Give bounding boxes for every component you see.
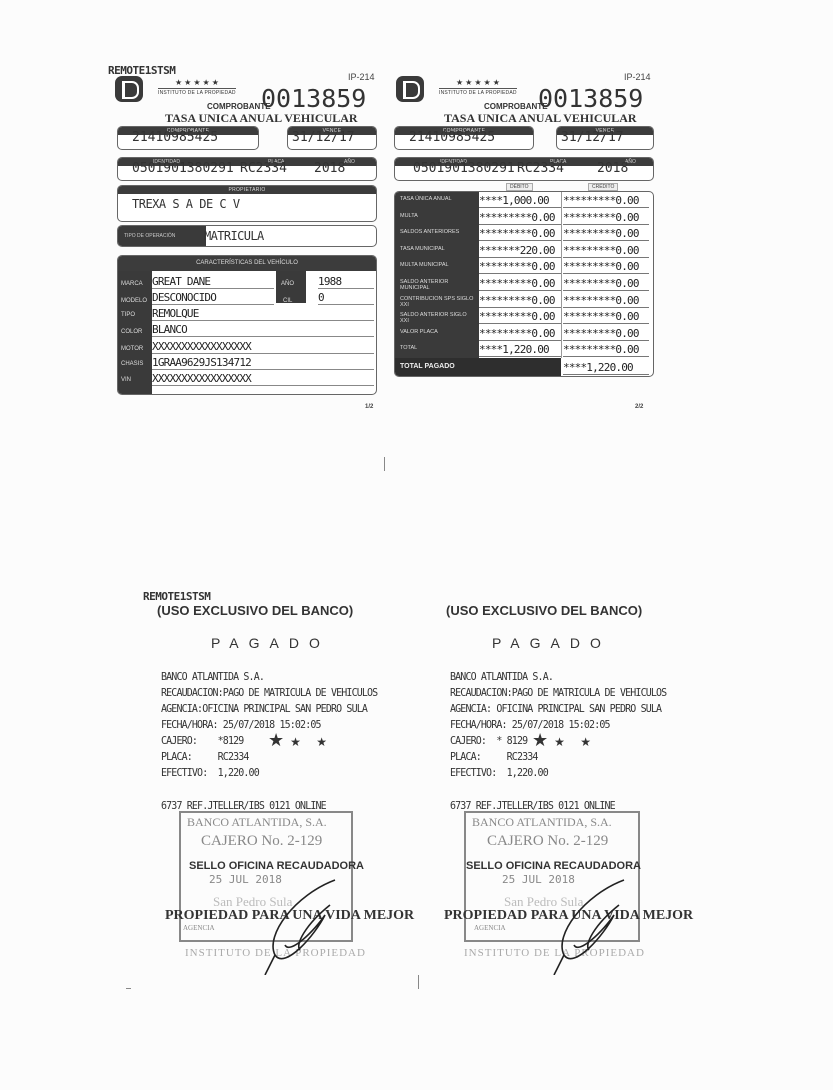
charge-credit: *********0.00	[563, 310, 649, 324]
charge-label: TOTAL	[395, 345, 477, 351]
chasis-value: 1GRAA9629JS134712	[152, 356, 374, 370]
vence-box: VENCE 31/12/17	[287, 126, 377, 150]
charge-credit: *********0.00	[563, 294, 649, 308]
owner-box: PROPIETARIO TREXA S A DE C V	[117, 185, 377, 222]
stamp-agencia: AGENCIA	[183, 924, 215, 932]
charges-table: TASA ÚNICA ANUAL****1,000.00*********0.0…	[394, 191, 654, 377]
charge-credit: *********0.00	[563, 277, 649, 291]
charge-debit: ****1,000.00	[479, 194, 561, 208]
motor-value: XXXXXXXXXXXXXXXXX	[152, 340, 374, 354]
charge-debit: *********0.00	[479, 227, 561, 241]
vence-box: VENCE 31/12/17	[556, 126, 654, 150]
page-number: 1/2	[365, 404, 373, 410]
stamp-cajero: CAJERO No. 2-129	[201, 833, 322, 850]
charge-credit: *********0.00	[563, 343, 649, 357]
anio-label: AÑO	[344, 159, 355, 165]
anio-vehiculo-label: AÑO	[281, 281, 294, 287]
modelo-label: MODELO	[121, 298, 147, 304]
marca-label: MARCA	[121, 281, 143, 287]
charge-debit: *********0.00	[479, 211, 561, 225]
vehicle-header: CARACTERÍSTICAS DEL VEHÍCULO	[118, 256, 376, 271]
agencia: AGENCIA:OFICINA PRINCIPAL SAN PEDRO SULA	[161, 703, 367, 715]
charge-credit: *********0.00	[563, 211, 649, 225]
operation-box: TIPO DE OPERACIÓN MATRICULA	[117, 225, 377, 247]
efectivo: EFECTIVO: 1,220.00	[450, 767, 548, 779]
charge-debit: ****1,220.00	[479, 343, 561, 357]
operation-value: MATRICULA	[204, 229, 264, 243]
charge-label: TASA ÚNICA ANUAL	[395, 196, 477, 202]
charge-credit: *********0.00	[563, 260, 649, 274]
charge-debit: *********0.00	[479, 294, 561, 308]
stamp-bank: BANCO ATLANTIDA, S.A.	[472, 815, 612, 830]
signature	[544, 875, 634, 975]
id-value: 0501901380291	[413, 161, 515, 176]
bank-name: BANCO ATLANTIDA S.A.	[450, 671, 553, 683]
institute-name: INSTITUTO DE LA PROPIEDAD	[439, 88, 517, 96]
institute-name: INSTITUTO DE LA PROPIEDAD	[158, 88, 236, 96]
stamp-bank: BANCO ATLANTIDA, S.A.	[187, 815, 327, 830]
signature	[255, 875, 345, 975]
charge-credit: *********0.00	[563, 244, 649, 258]
charge-label: SALDOS ANTERIORES	[395, 229, 477, 235]
debit-label: DÉBITO	[506, 183, 533, 191]
ip-logo-icon	[115, 76, 143, 102]
stamp-cajero: CAJERO No. 2-129	[487, 833, 608, 850]
system-id: REMOTE1STSM	[143, 590, 210, 603]
bank-use-header: (USO EXCLUSIVO DEL BANCO)	[446, 603, 642, 618]
id-value: 0501901380291	[132, 161, 234, 176]
charge-credit: *********0.00	[563, 194, 649, 208]
placa: PLACA: RC2334	[161, 751, 249, 763]
sello-label: SELLO OFICINA RECAUDADORA	[466, 860, 641, 872]
stars-icon: ★★ ★	[268, 730, 333, 751]
vin-value: XXXXXXXXXXXXXXXXX	[152, 372, 374, 386]
comprobante-value: 21410985425	[132, 130, 218, 145]
anio-value: 2018	[597, 161, 628, 176]
receipt-label: COMPROBANTE	[484, 102, 548, 111]
charge-label: VALOR PLACA	[395, 329, 477, 335]
motor-label: MOTOR	[121, 346, 143, 352]
bank-use-header: (USO EXCLUSIVO DEL BANCO)	[157, 603, 353, 618]
scan-mark	[126, 988, 131, 989]
modelo-value: DESCONOCIDO	[152, 291, 274, 305]
charge-label: TASA MUNICIPAL	[395, 246, 477, 252]
vehicle-box: CARACTERÍSTICAS DEL VEHÍCULO MARCA MODEL…	[117, 255, 377, 395]
total-paid-value: ****1,220.00	[563, 361, 649, 375]
tipo-label: TIPO	[121, 312, 135, 318]
charge-label: SALDO ANTERIOR SIGLO XXI	[395, 312, 477, 324]
form-code: IP-214	[348, 72, 375, 82]
placa-value: RC2334	[240, 161, 287, 176]
comprobante-box: COMPROBANTE 21410985425	[394, 126, 534, 150]
receipt-number: 0013859	[261, 84, 366, 113]
system-id: REMOTE1STSM	[108, 64, 175, 77]
agencia: AGENCIA: OFICINA PRINCIPAL SAN PEDRO SUL…	[450, 703, 661, 715]
charge-credit: *********0.00	[563, 327, 649, 341]
placa: PLACA: RC2334	[450, 751, 538, 763]
charge-debit: *********0.00	[479, 260, 561, 274]
recaudacion: RECAUDACION:PAGO DE MATRICULA DE VEHICUL…	[161, 687, 377, 699]
receipt-title: TASA UNICA ANUAL VEHICULAR	[165, 111, 358, 126]
bank-slip-2: (USO EXCLUSIVO DEL BANCO)PAGADOBANCO ATL…	[432, 590, 702, 970]
charge-credit: *********0.00	[563, 227, 649, 241]
ip-logo-icon	[396, 76, 424, 102]
scan-mark	[384, 457, 385, 471]
credit-label: CRÉDITO	[588, 183, 618, 191]
charge-debit: *********0.00	[479, 277, 561, 291]
charge-label: MULTA MUNICIPAL	[395, 262, 477, 268]
color-label: COLOR	[121, 329, 142, 335]
comprobante-value: 21410985425	[409, 130, 495, 145]
anio-vehiculo-value: 1988	[318, 275, 374, 289]
vence-value: 31/12/17	[292, 130, 355, 145]
anio-value: 2018	[314, 161, 345, 176]
sello-label: SELLO OFICINA RECAUDADORA	[189, 860, 364, 872]
total-paid-label: TOTAL PAGADO	[395, 358, 561, 377]
stars-icon: ★★★★★	[456, 78, 502, 87]
owner-value: TREXA S A DE C V	[132, 197, 240, 211]
scan-mark	[418, 975, 419, 989]
form-code: IP-214	[624, 72, 651, 82]
payment-status: PAGADO	[492, 635, 611, 651]
bank-name: BANCO ATLANTIDA S.A.	[161, 671, 264, 683]
stars-icon: ★★★★★	[175, 78, 221, 87]
vin-label: VIN	[121, 377, 131, 383]
recaudacion: RECAUDACION:PAGO DE MATRICULA DE VEHICUL…	[450, 687, 666, 699]
payment-status: PAGADO	[211, 635, 330, 651]
tipo-value: REMOLQUE	[152, 307, 374, 321]
placa-value: RC2334	[517, 161, 564, 176]
cajero: CAJERO: * 8129	[450, 735, 527, 747]
charge-label: CONTRIBUCION SPS SIGLO XXI	[395, 296, 477, 308]
id-placa-box: IDENTIDAD PLACA AÑO 0501901380291 RC2334…	[117, 157, 377, 181]
receipt-label: COMPROBANTE	[207, 102, 271, 111]
stars-icon: ★★ ★	[532, 730, 597, 751]
charge-label: SALDO ANTERIOR MUNICIPAL	[395, 279, 477, 291]
receipt-number: 0013859	[538, 84, 643, 113]
owner-label: PROPIETARIO	[118, 186, 376, 194]
efectivo: EFECTIVO: 1,220.00	[161, 767, 259, 779]
charge-debit: *********0.00	[479, 327, 561, 341]
page-number: 2/2	[635, 404, 643, 410]
charge-debit: *********0.00	[479, 310, 561, 324]
receipt-title: TASA UNICA ANUAL VEHICULAR	[444, 111, 637, 126]
stamp-agencia: AGENCIA	[474, 924, 506, 932]
bank-slip-1: REMOTE1STSM(USO EXCLUSIVO DEL BANCO)PAGA…	[143, 590, 413, 970]
charge-label: MULTA	[395, 213, 477, 219]
color-value: BLANCO	[152, 323, 374, 337]
cil-label: CIL	[283, 298, 292, 304]
charge-debit: *******220.00	[479, 244, 561, 258]
comprobante-box: COMPROBANTE 21410985425	[117, 126, 259, 150]
id-placa-box: IDENTIDAD PLACA AÑO 0501901380291 RC2334…	[394, 157, 654, 181]
cil-value: 0	[318, 291, 374, 305]
chasis-label: CHASIS	[121, 361, 143, 367]
operation-label: TIPO DE OPERACIÓN	[118, 226, 206, 246]
marca-value: GREAT DANE	[152, 275, 274, 289]
cajero: CAJERO: *8129	[161, 735, 243, 747]
vence-value: 31/12/17	[561, 130, 624, 145]
